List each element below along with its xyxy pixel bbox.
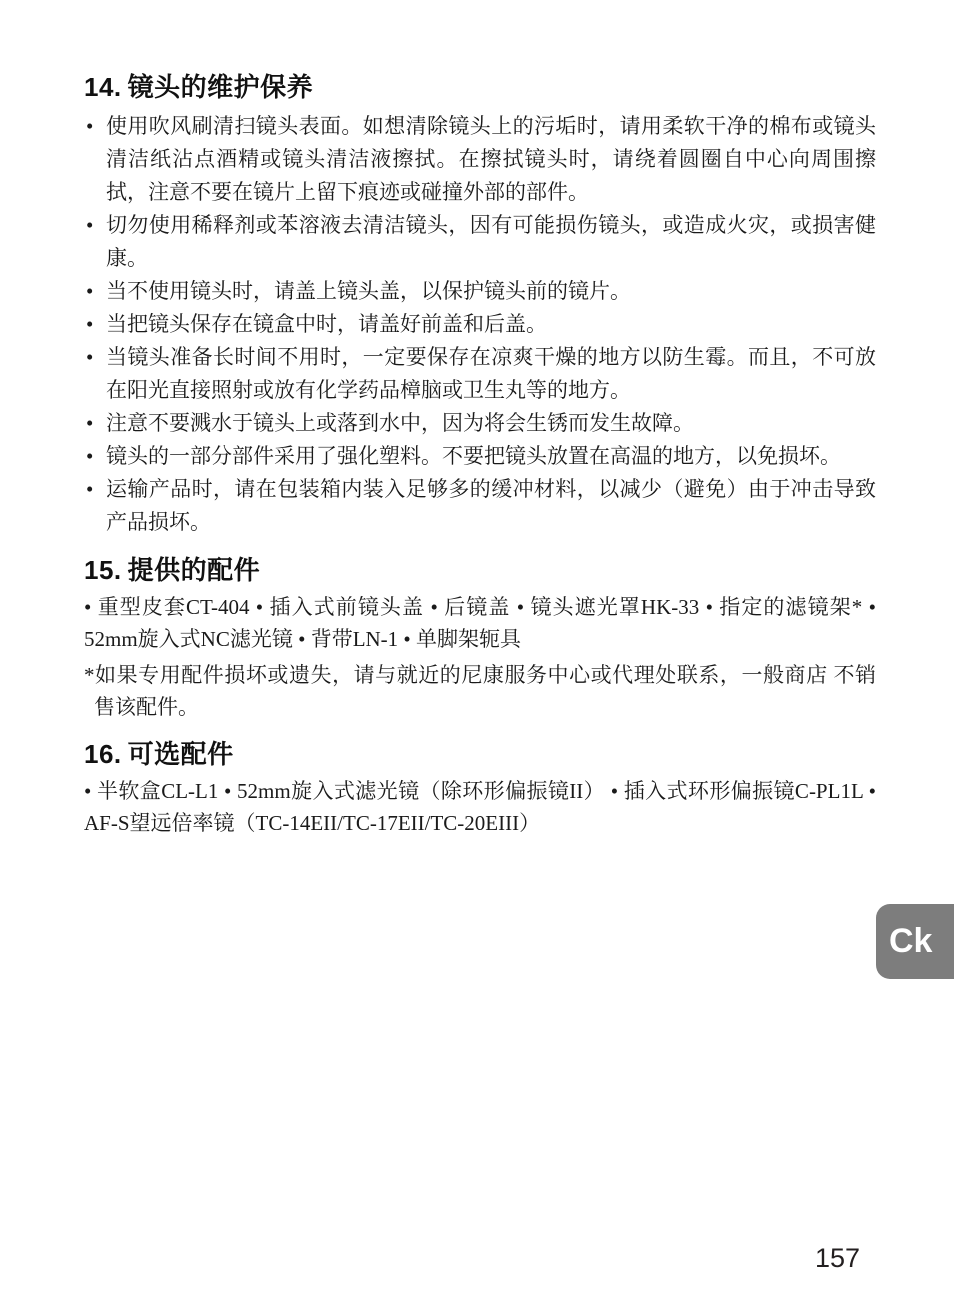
bullet-icon: • (86, 308, 93, 341)
lens-care-list: •使用吹风刷清扫镜头表面。如想清除镜头上的污垢时，请用柔软干净的棉布或镜头清洁纸… (84, 110, 876, 539)
list-item-text: 使用吹风刷清扫镜头表面。如想清除镜头上的污垢时，请用柔软干净的棉布或镜头清洁纸沾… (106, 114, 876, 204)
section-title-text: 提供的配件 (128, 555, 261, 585)
section-optional-accessories: 16.可选配件 • 半软盒CL-L1 • 52mm旋入式滤光镜（除环形偏振镜II… (84, 739, 876, 839)
bullet-icon: • (86, 209, 93, 242)
list-item: •运输产品时，请在包装箱内装入足够多的缓冲材料，以减少（避免）由于冲击导致产品损… (84, 473, 876, 539)
bullet-icon: • (86, 440, 93, 473)
bullet-icon: • (86, 275, 93, 308)
list-item: •当不使用镜头时，请盖上镜头盖，以保护镜头前的镜片。 (84, 275, 876, 308)
list-item-text: 镜头的一部分部件采用了强化塑料。不要把镜头放置在高温的地方，以免损坏。 (106, 444, 841, 468)
list-item: •镜头的一部分部件采用了强化塑料。不要把镜头放置在高温的地方，以免损坏。 (84, 440, 876, 473)
page-number: 157 (815, 1243, 860, 1274)
language-tab-ck: Ck (876, 904, 954, 979)
section-number: 16. (84, 739, 122, 769)
manual-page-content: 14.镜头的维护保养 •使用吹风刷清扫镜头表面。如想清除镜头上的污垢时，请用柔软… (84, 72, 876, 839)
section-number: 15. (84, 555, 122, 585)
section-number: 14. (84, 72, 122, 102)
list-item-text: 当不使用镜头时，请盖上镜头盖，以保护镜头前的镜片。 (106, 279, 631, 303)
supplied-accessories-list: • 重型皮套CT-404 • 插入式前镜头盖 • 后镜盖 • 镜头遮光罩HK-3… (84, 591, 876, 655)
bullet-icon: • (86, 473, 93, 506)
list-item: •切勿使用稀释剂或苯溶液去清洁镜头，因有可能损伤镜头，或造成火灾，或损害健康。 (84, 209, 876, 275)
supplied-accessories-footnote: *如果专用配件损坏或遗失，请与就近的尼康服务中心或代理处联系，一般商店 不销售该… (84, 659, 876, 723)
list-item-text: 切勿使用稀释剂或苯溶液去清洁镜头，因有可能损伤镜头，或造成火灾，或损害健康。 (106, 213, 876, 270)
section-lens-care-title: 14.镜头的维护保养 (84, 72, 876, 102)
optional-accessories-list: • 半软盒CL-L1 • 52mm旋入式滤光镜（除环形偏振镜II） • 插入式环… (84, 775, 876, 839)
list-item: •当把镜头保存在镜盒中时，请盖好前盖和后盖。 (84, 308, 876, 341)
section-supplied-accessories: 15.提供的配件 • 重型皮套CT-404 • 插入式前镜头盖 • 后镜盖 • … (84, 555, 876, 723)
section-optional-accessories-title: 16.可选配件 (84, 739, 876, 769)
bullet-icon: • (86, 341, 93, 374)
language-tab-label: Ck (889, 922, 932, 961)
list-item-text: 当把镜头保存在镜盒中时，请盖好前盖和后盖。 (106, 312, 547, 336)
list-item: •使用吹风刷清扫镜头表面。如想清除镜头上的污垢时，请用柔软干净的棉布或镜头清洁纸… (84, 110, 876, 209)
section-lens-care: 14.镜头的维护保养 •使用吹风刷清扫镜头表面。如想清除镜头上的污垢时，请用柔软… (84, 72, 876, 539)
bullet-icon: • (86, 110, 93, 143)
list-item-text: 注意不要溅水于镜头上或落到水中，因为将会生锈而发生故障。 (106, 411, 694, 435)
list-item: •注意不要溅水于镜头上或落到水中，因为将会生锈而发生故障。 (84, 407, 876, 440)
section-supplied-accessories-title: 15.提供的配件 (84, 555, 876, 585)
list-item: •当镜头准备长时间不用时，一定要保存在凉爽干燥的地方以防生霉。而且，不可放在阳光… (84, 341, 876, 407)
section-title-text: 可选配件 (128, 739, 234, 769)
bullet-icon: • (86, 407, 93, 440)
list-item-text: 运输产品时，请在包装箱内装入足够多的缓冲材料，以减少（避免）由于冲击导致产品损坏… (106, 477, 876, 534)
section-title-text: 镜头的维护保养 (128, 72, 314, 102)
list-item-text: 当镜头准备长时间不用时，一定要保存在凉爽干燥的地方以防生霉。而且，不可放在阳光直… (106, 345, 876, 402)
